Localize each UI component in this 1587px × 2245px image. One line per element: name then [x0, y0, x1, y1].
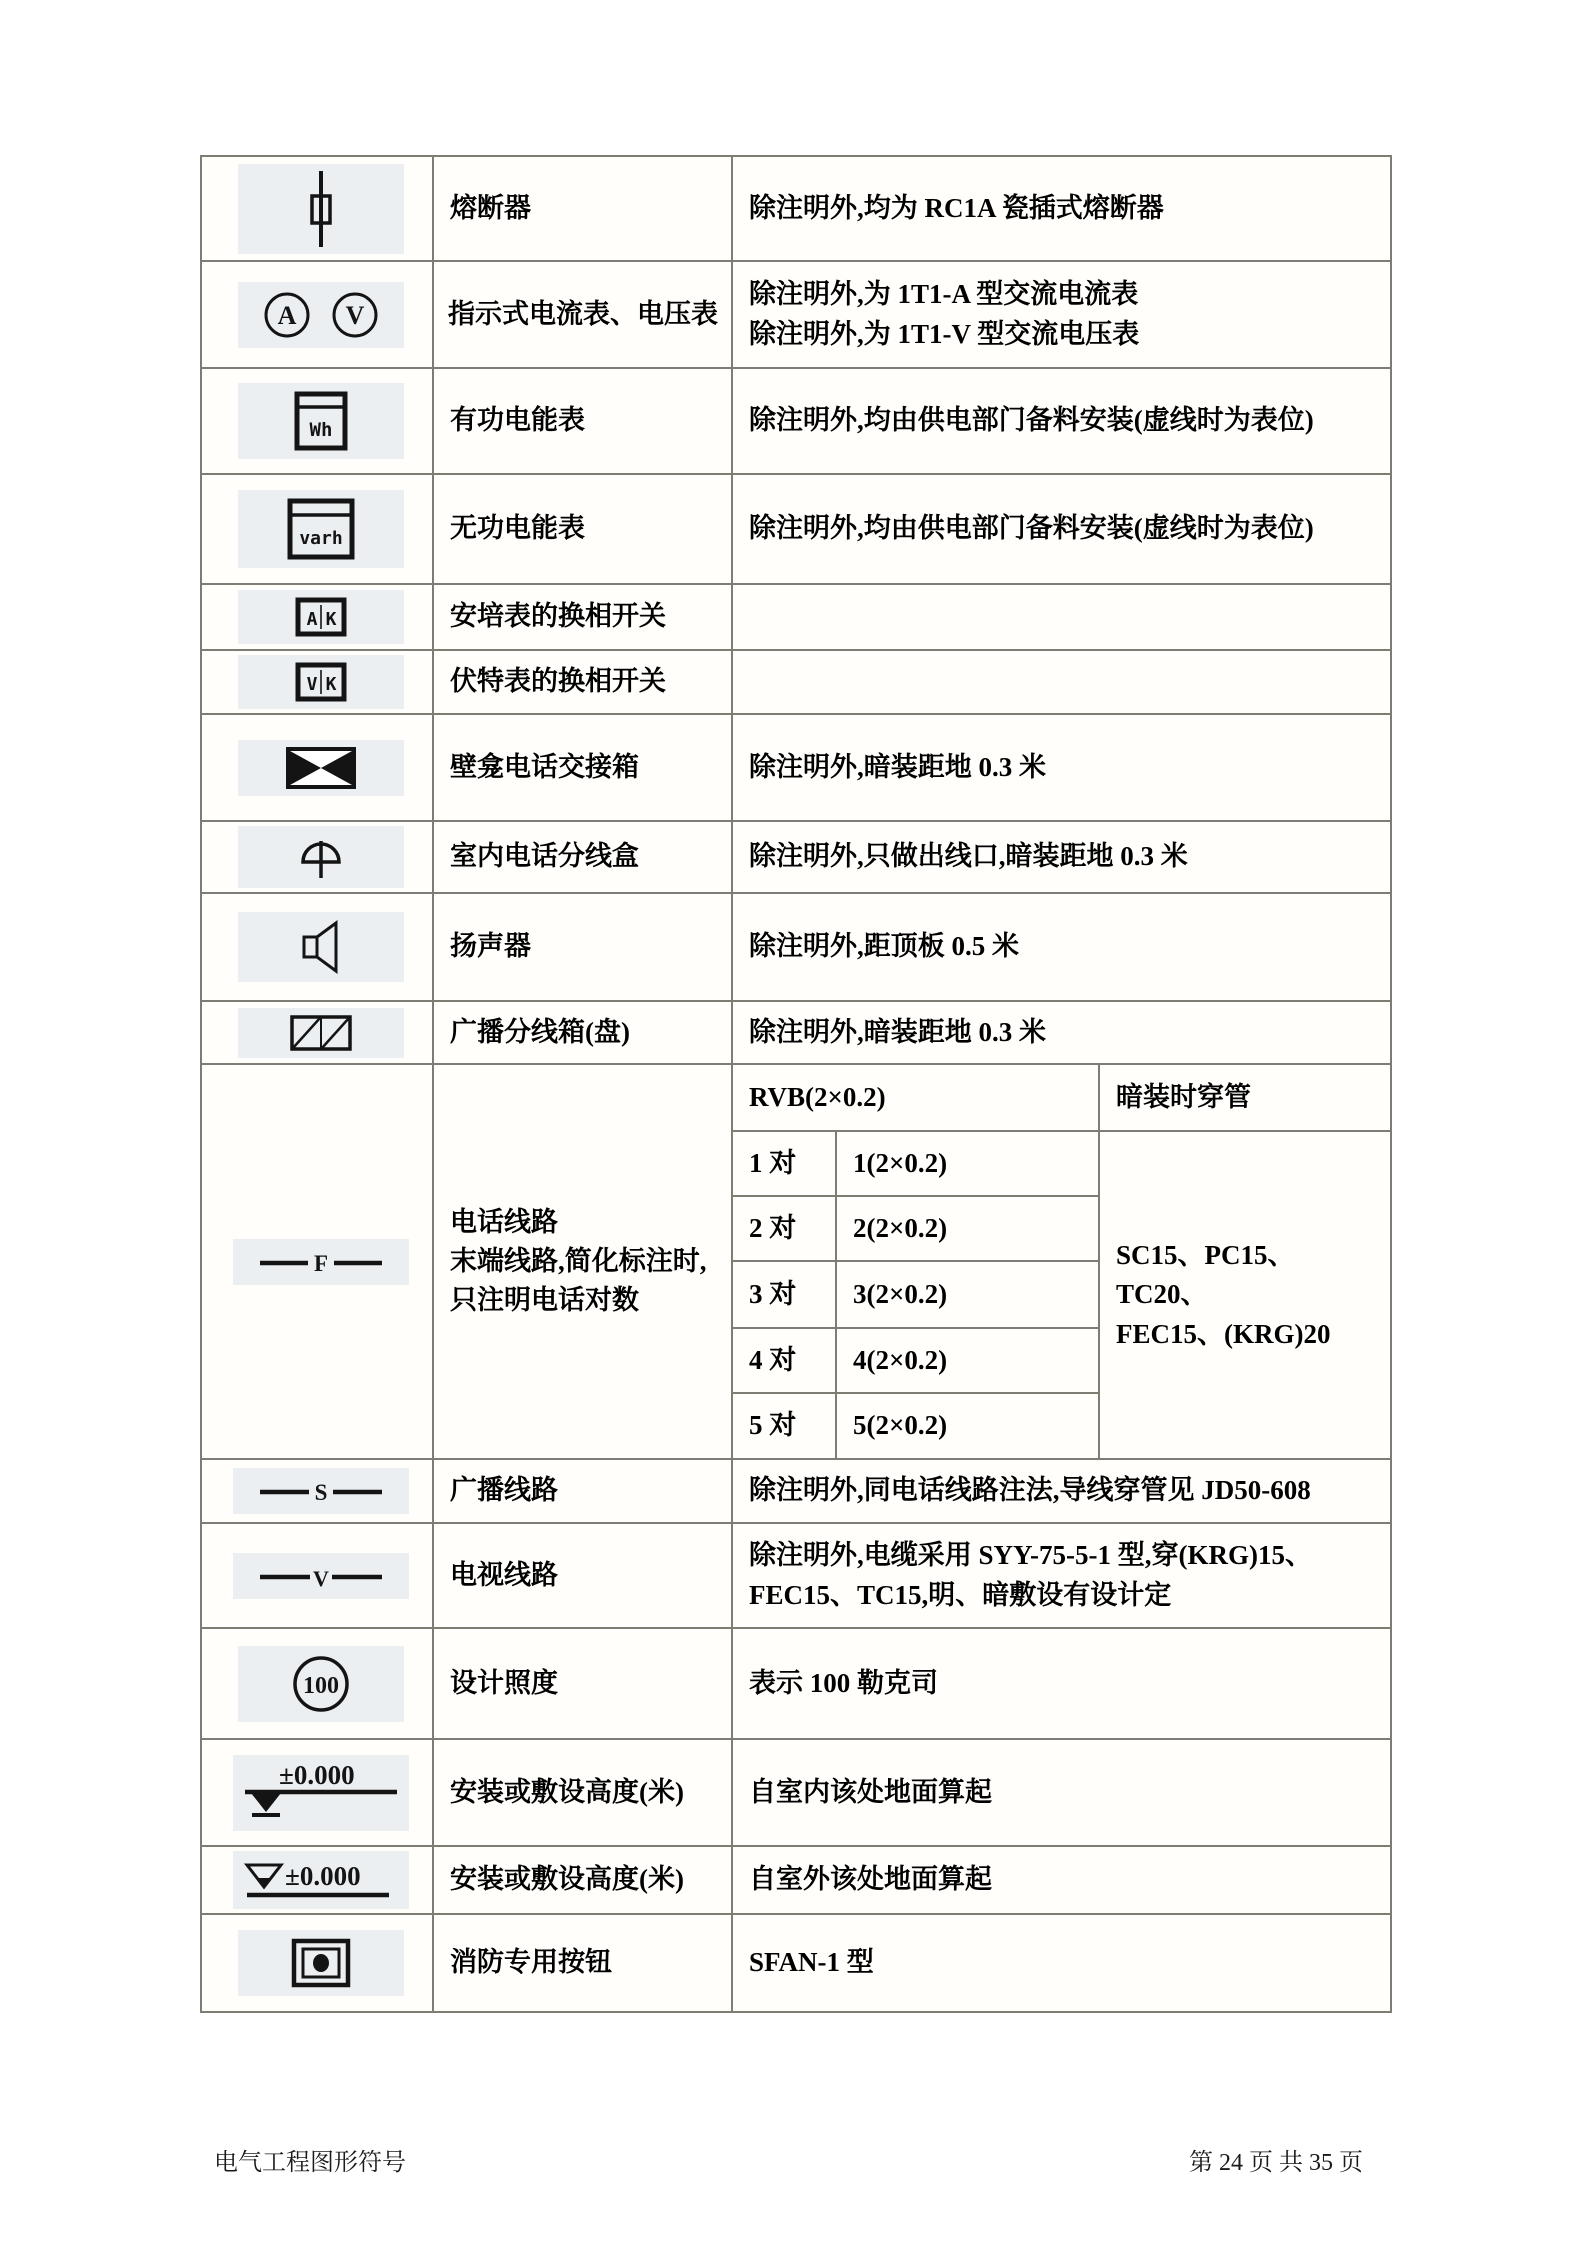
height-indoor-icon: ±0.000 — [233, 1755, 409, 1831]
indoor-telephone-box-icon — [238, 826, 404, 888]
symbol-desc: 除注明外,为 1T1-A 型交流电流表 除注明外,为 1T1-V 型交流电压表 — [732, 261, 1391, 368]
cable-spec: 3(2×0.2) — [836, 1261, 1099, 1328]
document-page: 熔断器 除注明外,均为 RC1A 瓷插式熔断器 A V 指示式电流表、电压表 除… — [0, 0, 1587, 2245]
symbol-desc: 除注明外,均由供电部门备料安装(虚线时为表位) — [732, 368, 1391, 474]
table-row: ±0.000 安装或敷设高度(米) 自室内该处地面算起 — [201, 1739, 1391, 1846]
pair-count: 5 对 — [732, 1393, 836, 1459]
line-letter: F — [314, 1251, 328, 1276]
fire-button-icon — [238, 1930, 404, 1996]
pair-count: 2 对 — [732, 1196, 836, 1261]
table-row: 广播分线箱(盘) 除注明外,暗装距地 0.3 米 — [201, 1001, 1391, 1064]
symbol-name: 安装或敷设高度(米) — [433, 1846, 732, 1914]
symbol-desc: 除注明外,均由供电部门备料安装(虚线时为表位) — [732, 474, 1391, 584]
symbol-name: 电话线路 末端线路,简化标注时, 只注明电话对数 — [433, 1064, 732, 1459]
symbol-cell: Wh — [201, 368, 433, 474]
conduit-spec: SC15、PC15、TC20、 FEC15、(KRG)20 — [1099, 1131, 1391, 1459]
table-row: 扬声器 除注明外,距顶板 0.5 米 — [201, 893, 1391, 1001]
voltmeter-phase-switch-icon: V K — [238, 655, 404, 709]
symbol-name: 有功电能表 — [433, 368, 732, 474]
table-row: 消防专用按钮 SFAN-1 型 — [201, 1914, 1391, 2012]
symbol-name: 壁龛电话交接箱 — [433, 714, 732, 821]
symbol-desc: 自室内该处地面算起 — [732, 1739, 1391, 1846]
pair-count: 1 对 — [732, 1131, 836, 1196]
symbol-name: 广播线路 — [433, 1459, 732, 1523]
symbol-cell: A V — [201, 261, 433, 368]
height-outdoor-icon: ±0.000 — [233, 1851, 409, 1909]
cable-spec: 1(2×0.2) — [836, 1131, 1099, 1196]
symbol-desc: 除注明外,电缆采用 SYY-75-5-1 型,穿(KRG)15、 FEC15、T… — [732, 1523, 1391, 1628]
table-row: V 电视线路 除注明外,电缆采用 SYY-75-5-1 型,穿(KRG)15、 … — [201, 1523, 1391, 1628]
illuminance-icon: 100 — [238, 1646, 404, 1722]
symbol-desc: 除注明外,暗装距地 0.3 米 — [732, 1001, 1391, 1064]
symbol-name: 电视线路 — [433, 1523, 732, 1628]
cable-spec: 2(2×0.2) — [836, 1196, 1099, 1261]
conduit-line: SC15、PC15、TC20、 — [1116, 1236, 1382, 1314]
conduit-line: FEC15、(KRG)20 — [1116, 1315, 1382, 1354]
height-value: ±0.000 — [285, 1861, 361, 1891]
conduit-header: 暗装时穿管 — [1099, 1064, 1391, 1131]
symbol-cell: varh — [201, 474, 433, 584]
symbol-desc: 表示 100 勒克司 — [732, 1628, 1391, 1739]
symbol-name: 无功电能表 — [433, 474, 732, 584]
switch-letter: K — [326, 674, 337, 695]
symbol-name: 扬声器 — [433, 893, 732, 1001]
symbol-cell: S — [201, 1459, 433, 1523]
ammeter-voltmeter-icon: A V — [238, 282, 404, 348]
symbol-cell: 100 — [201, 1628, 433, 1739]
table-row: ±0.000 安装或敷设高度(米) 自室外该处地面算起 — [201, 1846, 1391, 1914]
symbol-name: 广播分线箱(盘) — [433, 1001, 732, 1064]
desc-line: 除注明外,为 1T1-A 型交流电流表 — [749, 275, 1382, 314]
symbol-desc — [732, 584, 1391, 650]
table-row: S 广播线路 除注明外,同电话线路注法,导线穿管见 JD50-608 — [201, 1459, 1391, 1523]
symbol-cell — [201, 714, 433, 821]
symbol-name: 熔断器 — [433, 156, 732, 261]
telephone-exchange-box-icon — [238, 740, 404, 796]
symbol-cell: ±0.000 — [201, 1846, 433, 1914]
cable-spec: 5(2×0.2) — [836, 1393, 1099, 1459]
symbol-desc: 自室外该处地面算起 — [732, 1846, 1391, 1914]
symbol-desc: SFAN-1 型 — [732, 1914, 1391, 2012]
desc-line: FEC15、TC15,明、暗敷设有设计定 — [749, 1576, 1382, 1615]
reactive-energy-meter-icon: varh — [238, 490, 404, 568]
telephone-line-icon: F — [233, 1239, 409, 1285]
symbol-name: 设计照度 — [433, 1628, 732, 1739]
symbol-cell — [201, 156, 433, 261]
symbol-name: 消防专用按钮 — [433, 1914, 732, 2012]
line-letter: S — [315, 1480, 328, 1505]
table-row: 壁龛电话交接箱 除注明外,暗装距地 0.3 米 — [201, 714, 1391, 821]
table-row: 室内电话分线盒 除注明外,只做出线口,暗装距地 0.3 米 — [201, 821, 1391, 893]
table-row: varh 无功电能表 除注明外,均由供电部门备料安装(虚线时为表位) — [201, 474, 1391, 584]
active-energy-meter-icon: Wh — [238, 383, 404, 459]
symbol-desc: 除注明外,暗装距地 0.3 米 — [732, 714, 1391, 821]
symbol-cell: A K — [201, 584, 433, 650]
height-value: ±0.000 — [279, 1762, 355, 1790]
desc-line: 除注明外,电缆采用 SYY-75-5-1 型,穿(KRG)15、 — [749, 1536, 1382, 1575]
switch-letter: A — [307, 609, 318, 630]
ammeter-phase-switch-icon: A K — [238, 590, 404, 644]
footer-page-number: 第 24 页 共 35 页 — [1189, 2142, 1363, 2177]
meter-label: Wh — [310, 419, 333, 441]
symbol-cell: ±0.000 — [201, 1739, 433, 1846]
name-line: 末端线路,简化标注时, — [450, 1242, 723, 1281]
tv-line-icon: V — [233, 1553, 409, 1599]
fuse-icon — [238, 164, 404, 254]
pair-count: 4 对 — [732, 1328, 836, 1393]
symbol-cell: F — [201, 1064, 433, 1459]
symbol-name: 安培表的换相开关 — [433, 584, 732, 650]
table-row: 熔断器 除注明外,均为 RC1A 瓷插式熔断器 — [201, 156, 1391, 261]
table-row: F 电话线路 末端线路,简化标注时, 只注明电话对数 RVB(2×0.2) 暗装… — [201, 1064, 1391, 1131]
table-row: A K 安培表的换相开关 — [201, 584, 1391, 650]
speaker-icon — [238, 912, 404, 982]
switch-letter: V — [307, 674, 318, 695]
symbol-desc: 除注明外,只做出线口,暗装距地 0.3 米 — [732, 821, 1391, 893]
cable-spec: 4(2×0.2) — [836, 1328, 1099, 1393]
symbol-name: 伏特表的换相开关 — [433, 650, 732, 714]
symbol-name: 室内电话分线盒 — [433, 821, 732, 893]
broadcast-line-icon: S — [233, 1468, 409, 1514]
name-line: 只注明电话对数 — [450, 1281, 723, 1320]
symbol-cell — [201, 821, 433, 893]
symbol-cell — [201, 1001, 433, 1064]
broadcast-box-icon — [238, 1008, 404, 1058]
illuminance-value: 100 — [303, 1673, 339, 1699]
table-row: 100 设计照度 表示 100 勒克司 — [201, 1628, 1391, 1739]
footer-document-title: 电气工程图形符号 — [214, 2142, 406, 2177]
cable-type-header: RVB(2×0.2) — [732, 1064, 1099, 1131]
symbol-desc: 除注明外,同电话线路注法,导线穿管见 JD50-608 — [732, 1459, 1391, 1523]
symbol-table: 熔断器 除注明外,均为 RC1A 瓷插式熔断器 A V 指示式电流表、电压表 除… — [200, 155, 1392, 2013]
symbol-name: 指示式电流表、电压表 — [433, 261, 732, 368]
line-letter: V — [313, 1566, 329, 1591]
table-row: V K 伏特表的换相开关 — [201, 650, 1391, 714]
symbol-desc: 除注明外,距顶板 0.5 米 — [732, 893, 1391, 1001]
voltmeter-letter: V — [346, 301, 365, 330]
symbol-cell — [201, 893, 433, 1001]
switch-letter: K — [326, 609, 337, 630]
symbol-cell: V K — [201, 650, 433, 714]
symbol-cell — [201, 1914, 433, 2012]
desc-line: 除注明外,为 1T1-V 型交流电压表 — [749, 315, 1382, 354]
symbol-name: 安装或敷设高度(米) — [433, 1739, 732, 1846]
symbol-desc: 除注明外,均为 RC1A 瓷插式熔断器 — [732, 156, 1391, 261]
table-row: Wh 有功电能表 除注明外,均由供电部门备料安装(虚线时为表位) — [201, 368, 1391, 474]
symbol-cell: V — [201, 1523, 433, 1628]
name-line: 电话线路 — [450, 1203, 723, 1242]
meter-label: varh — [299, 528, 342, 549]
symbol-desc — [732, 650, 1391, 714]
table-row: A V 指示式电流表、电压表 除注明外,为 1T1-A 型交流电流表 除注明外,… — [201, 261, 1391, 368]
pair-count: 3 对 — [732, 1261, 836, 1328]
ammeter-letter: A — [278, 301, 297, 330]
